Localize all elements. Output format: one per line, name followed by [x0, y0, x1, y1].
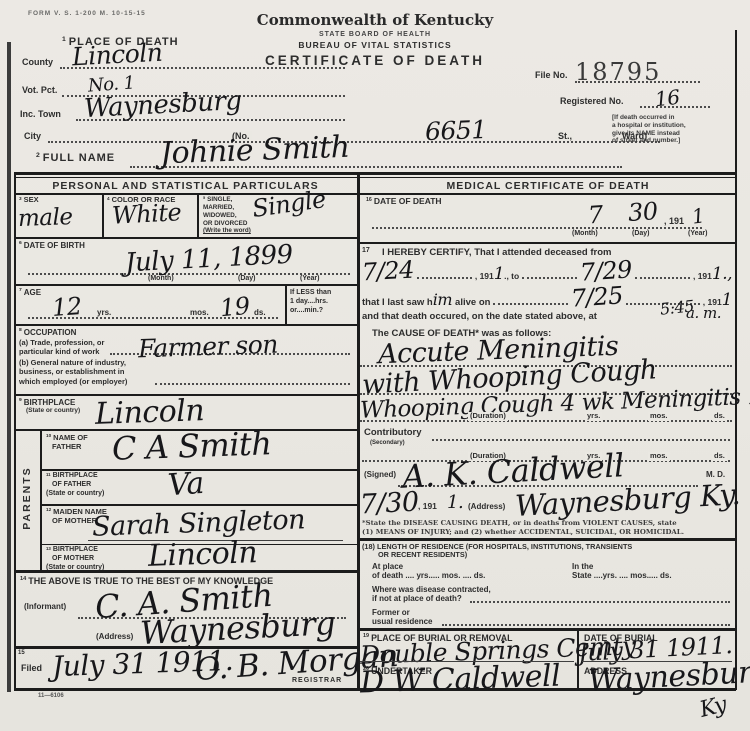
residence-former-dotted	[442, 623, 730, 626]
dob-year-label: (Year)	[300, 275, 319, 283]
certify-num: 17	[362, 247, 370, 255]
residence-in2: State ....yrs. .... mos..... ds.	[572, 571, 672, 580]
inc-town-label: Inc. Town	[20, 109, 61, 119]
duration2-ds: ds.	[712, 452, 727, 461]
birthplace-text: BIRTHPLACE	[24, 398, 76, 407]
age-label: 7AGE	[19, 288, 41, 297]
mother-bp-label: 13BIRTHPLACE OF MOTHER (State or country…	[46, 546, 104, 572]
age-text: AGE	[24, 288, 41, 297]
sign-year-print: , 191	[418, 502, 437, 512]
occupation-num: 8	[19, 328, 22, 333]
residence-in1: In the	[572, 562, 593, 571]
dod-bottom-line	[357, 242, 736, 244]
fbp-num: 11	[46, 472, 51, 477]
residence-former1: Former or	[372, 608, 410, 617]
dod-text: DATE OF DEATH	[374, 196, 442, 206]
mbp-l1: BIRTHPLACE	[53, 546, 98, 553]
contributory-dotted	[432, 438, 730, 441]
secondary-label: (Secondary)	[370, 440, 405, 447]
cause-yrs-label: yrs.	[585, 412, 602, 421]
footnote-line1: *State the DISEASE CAUSING DEATH, or in …	[362, 520, 677, 528]
residence-label-l2: OR RECENT RESIDENTS)	[378, 551, 467, 559]
marital-l3: WIDOWED,	[203, 212, 251, 220]
occupation-b1: (b) General nature of industry,	[19, 358, 127, 367]
occupation-value: Farmer son	[138, 332, 279, 362]
mother-name-value: Sarah Singleton	[92, 506, 306, 540]
occupation-a-label: (a) Trade, profession, or particular kin…	[19, 338, 104, 357]
age-bottom-line	[14, 324, 357, 326]
father-l2: FATHER	[46, 442, 88, 451]
footnote-line2: (1) MEANS OF INJURY; and (2) whether ACC…	[362, 529, 684, 537]
marital-num: 5	[203, 195, 205, 200]
dod-year-label: (Year)	[688, 230, 707, 238]
dob-num: 6	[19, 241, 22, 246]
occupation-a1: (a) Trade, profession, or	[19, 338, 104, 347]
parents-vertical-label: PARENTS	[21, 458, 33, 538]
city-label: City	[22, 131, 43, 141]
occupation-b-dotted	[155, 382, 350, 385]
fbp-sub: (State or country)	[46, 490, 104, 499]
residence-where2: if not at place of death?	[372, 594, 462, 603]
dod-num: 16	[366, 197, 372, 203]
occupation-a2: particular kind of work	[19, 347, 104, 356]
dotted-fill	[493, 303, 567, 305]
age-yrs-value: 12	[51, 294, 82, 320]
county-value: Lincoln	[71, 40, 163, 70]
medical-section-title: MEDICAL CERTIFICATE OF DEATH	[360, 180, 736, 192]
hospital-note-l1: [If death occurred in	[612, 114, 734, 122]
sign-address-value: Waynesburg Ky.	[514, 480, 740, 521]
dob-text: DATE OF BIRTH	[24, 241, 85, 250]
dod-label: 16DATE OF DEATH	[366, 197, 442, 207]
full-name-num: 2	[36, 152, 41, 159]
residence-at2: of death .... yrs..... mos. .... ds.	[372, 571, 485, 580]
attended-to-value: 7/29	[580, 260, 633, 283]
mbp-l2: OF MOTHER	[46, 555, 104, 564]
dod-dotted-line	[372, 226, 702, 229]
county-label: County	[22, 57, 53, 67]
to-year-print: , 191	[693, 271, 712, 281]
undertaker-value: D W Caldwell	[360, 662, 561, 699]
death-certificate-scan: FORM V. S. 1-200 M. 10-15-15 Commonwealt…	[0, 0, 750, 731]
saw-hw: im	[433, 294, 452, 307]
race-num: 4	[107, 196, 110, 201]
race-value: White	[111, 200, 181, 228]
father-bp-label: 11BIRTHPLACE OF FATHER (State or country…	[46, 472, 104, 498]
certify-attended-row: 7/24 , 191 1 ., to 7/29 , 191 1.,	[362, 262, 732, 286]
sign-date-value: 7/30	[359, 488, 419, 518]
from-year-print: , 191	[475, 271, 494, 281]
file-no-label: File No.	[535, 70, 568, 80]
age-subbox-divider	[285, 284, 287, 325]
stray-ky-mark: Ky	[698, 694, 729, 722]
age-ds-value: 19	[219, 294, 251, 320]
residence-num: (18)	[362, 542, 375, 551]
fbp-bottom-line	[40, 504, 357, 506]
age-num: 7	[19, 288, 22, 293]
marital-l1: SINGLE,	[207, 196, 232, 203]
occupation-label: 8OCCUPATION	[19, 328, 76, 337]
hospital-note: [If death occurred in a hospital or inst…	[612, 114, 734, 145]
informant-label: (Informant)	[24, 602, 66, 611]
inc-town-value: Waynesburg	[83, 88, 242, 122]
from-sep: ., to	[504, 271, 519, 281]
father-num: 10	[46, 433, 51, 438]
mother-num: 12	[46, 507, 51, 512]
age-less-l2: 1 day....hrs.	[290, 297, 331, 306]
city-no-value: 6651	[425, 117, 487, 144]
died-line: and that death occured, on the date stat…	[362, 312, 597, 323]
vot-pct-label: Vot. Pct.	[22, 85, 57, 95]
registered-no-value: 16	[654, 87, 680, 109]
registrar-label: REGISTRAR	[292, 677, 342, 685]
residence-top-line	[357, 538, 736, 541]
birthplace-value: Lincoln	[95, 396, 205, 430]
sex-text: SEX	[24, 195, 39, 204]
column-divider	[357, 172, 360, 690]
sign-year-hw: 1.	[447, 494, 463, 512]
dob-day-label: (Day)	[238, 275, 256, 283]
dod-day-value: 30	[627, 199, 658, 225]
cause-duration-label: (Duration)	[468, 412, 508, 421]
burial-top-line	[357, 628, 736, 631]
birthplace-sub-label: (State or country)	[26, 407, 80, 414]
hospital-note-l4: of street and number.]	[612, 137, 734, 145]
dob-month-label: (Month)	[148, 275, 174, 283]
header-rule-thick	[14, 172, 736, 175]
place-of-death-num: 1	[62, 36, 67, 43]
hospital-note-l2: a hospital or institution,	[612, 122, 734, 130]
dotted-fill	[522, 277, 577, 279]
informant-num: 14	[20, 576, 26, 582]
saw-date-value: 7/25	[570, 286, 623, 309]
sign-address-label: (Address)	[468, 502, 505, 511]
father-bp-value: Va	[167, 469, 205, 501]
residence-former2: usual residence	[372, 617, 432, 626]
marital-l5: (Write the word)	[203, 227, 251, 235]
dob-bottom-line	[14, 284, 357, 286]
dod-year-print: , 191	[662, 216, 686, 226]
age-mos-label: mos.	[188, 308, 211, 317]
cell-divider-2	[197, 193, 199, 237]
marital-label: 5SINGLE, MARRIED, WIDOWED, OR DIVORCED (…	[203, 196, 251, 235]
attended-from-value: 7/24	[362, 261, 415, 283]
from-year-hw: 1	[494, 268, 504, 282]
duration2-mos: mos.	[648, 452, 670, 461]
birthplace-num: 9	[19, 398, 22, 403]
father-l1: NAME OF	[53, 433, 88, 442]
filed-num: 15	[18, 650, 25, 657]
hospital-note-l3: give its NAME instead	[612, 130, 734, 138]
occupation-b-label: (b) General nature of industry, business…	[19, 358, 127, 386]
death-time-am: a. m.	[686, 306, 721, 321]
fbp-l1: BIRTHPLACE	[53, 472, 98, 479]
form-small-number: 11—6106	[38, 693, 64, 700]
dod-year-hw: 1	[691, 205, 706, 227]
marital-l4: OR DIVORCED	[203, 220, 251, 228]
header-rule-thin	[14, 177, 736, 178]
informant-address-value: Waynesburg	[139, 607, 336, 649]
sex-label: 3SEX	[19, 196, 39, 205]
certify-line1: I HEREBY CERTIFY, That I attended deceas…	[382, 248, 611, 259]
age-less-l1: If LESS than	[290, 288, 331, 297]
residence-at1: At place	[372, 562, 403, 571]
cell-divider-1	[102, 193, 104, 237]
to-year-hw: 1.,	[712, 268, 732, 282]
age-ds-label: ds.	[252, 308, 268, 317]
marital-l2: MARRIED,	[203, 204, 251, 212]
full-name-text: FULL NAME	[43, 152, 115, 164]
contributory-label: Contributory	[364, 428, 422, 439]
saw-pre: that I last saw h	[362, 297, 433, 308]
full-name-label: 2FULL NAME	[36, 152, 115, 165]
age-less-label: If LESS than 1 day....hrs. or....min.?	[290, 288, 331, 315]
full-name-value: Johnie Smith	[160, 133, 351, 170]
parents-strip-divider	[40, 429, 42, 570]
dod-month-label: (Month)	[572, 230, 598, 238]
informant-top-thick-line	[14, 570, 357, 573]
occupation-b2: business, or establishment in	[19, 367, 127, 376]
sex-value: male	[18, 206, 73, 231]
file-no-dotted-line	[575, 80, 700, 83]
mother-bp-value: Lincoln	[148, 538, 258, 572]
father-name-label: 10NAME OF FATHER	[46, 433, 88, 452]
age-less-l3: or....min.?	[290, 306, 331, 315]
signed-label: (Signed)	[364, 470, 396, 479]
filed-label: Filed	[21, 663, 42, 673]
row1-bottom-line	[14, 237, 357, 239]
birthplace-label: 9BIRTHPLACE	[19, 398, 75, 407]
dod-month-value: 7	[587, 203, 603, 228]
undertaker-address-value: Waynesburg	[587, 657, 750, 697]
dotted-fill	[635, 277, 690, 279]
commonwealth-title: Commonwealth of Kentucky	[0, 12, 750, 29]
informant-address-label: (Address)	[96, 632, 133, 641]
cause-mos-label: mos.	[648, 412, 670, 421]
saw-mid: alive on	[455, 297, 490, 308]
registered-no-label: Registered No.	[560, 96, 624, 106]
residence-where1: Where was disease contracted,	[372, 585, 491, 594]
fbp-l2: OF FATHER	[46, 481, 104, 490]
left-frame-border	[14, 172, 16, 690]
age-yrs-label: yrs.	[95, 308, 113, 317]
cause-dotted-3	[360, 419, 732, 422]
cause-ds-label: ds.	[712, 412, 727, 421]
father-name-value: C A Smith	[111, 427, 271, 465]
residence-where-dotted	[470, 600, 730, 603]
mbp-num: 13	[46, 546, 51, 551]
right-title-underline	[357, 193, 736, 195]
dotted-fill	[417, 277, 472, 279]
occupation-b3: which employed (or employer)	[19, 377, 127, 386]
dob-label: 6DATE OF BIRTH	[19, 241, 85, 250]
burial-num: 19	[363, 633, 369, 639]
saw-year-hw: 1	[722, 294, 732, 308]
right-border	[735, 30, 737, 690]
sex-num: 3	[19, 196, 22, 201]
occupation-text: OCCUPATION	[24, 328, 77, 337]
scan-edge-bar	[7, 42, 11, 692]
city-st-label: St.,	[556, 131, 574, 141]
dod-day-label: (Day)	[632, 230, 650, 238]
